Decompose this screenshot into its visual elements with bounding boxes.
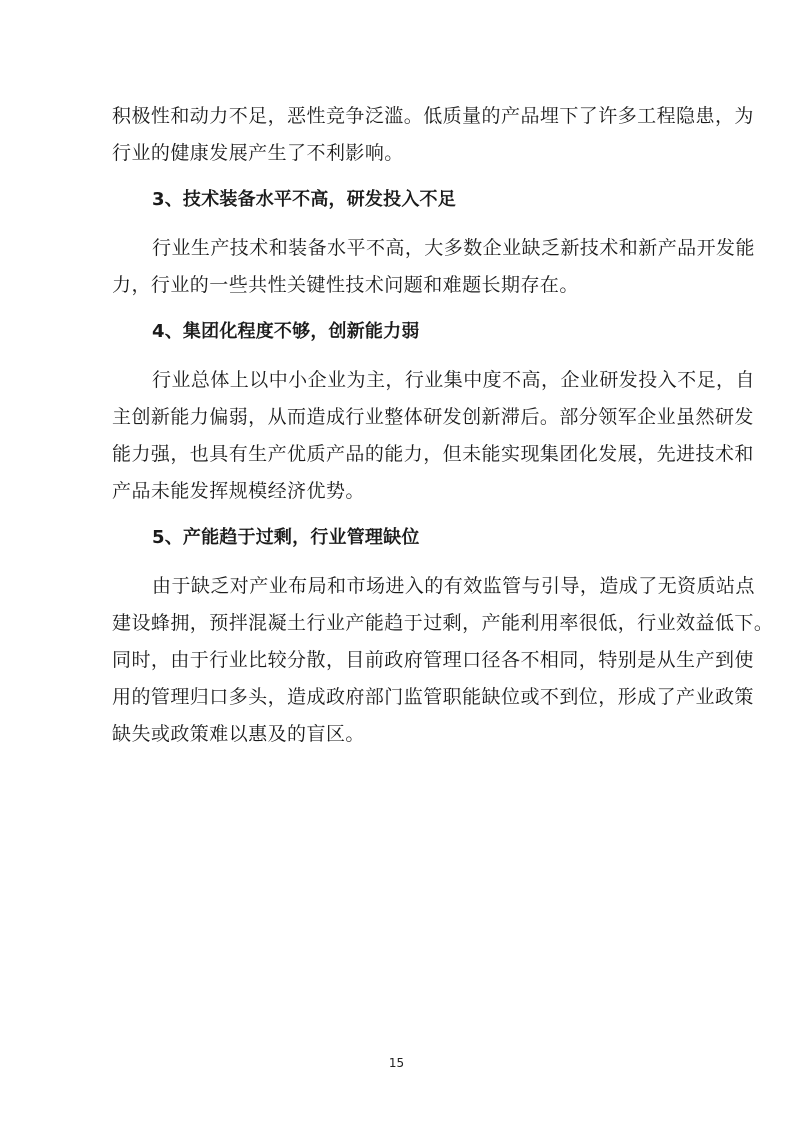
document-page: 积极性和动力不足，恶性竞争泛滥。低质量的产品埋下了许多工程隐患，为 行业的健康发… [0,0,793,1122]
paragraph-continuation: 积极性和动力不足，恶性竞争泛滥。低质量的产品埋下了许多工程隐患，为 行业的健康发… [112,98,728,172]
text-line: 由于缺乏对产业布局和市场进入的有效监管与引导，造成了无资质站点 [112,568,728,605]
paragraph-technology: 行业生产技术和装备水平不高，大多数企业缺乏新技术和新产品开发能 力，行业的一些共… [112,230,728,304]
paragraph-capacity: 由于缺乏对产业布局和市场进入的有效监管与引导，造成了无资质站点 建设蜂拥，预拌混… [112,568,728,753]
text-line: 主创新能力偏弱，从而造成行业整体研发创新滞后。部分领军企业虽然研发 [112,399,728,436]
text-line: 行业的健康发展产生了不利影响。 [112,135,728,172]
text-line: 行业总体上以中小企业为主，行业集中度不高，企业研发投入不足，自 [112,362,728,399]
page-number: 15 [0,1056,793,1070]
text-line: 用的管理归口多头，造成政府部门监管职能缺位或不到位，形成了产业政策 [112,679,728,716]
text-line: 行业生产技术和装备水平不高，大多数企业缺乏新技术和新产品开发能 [112,230,728,267]
text-line: 建设蜂拥，预拌混凝土行业产能趋于过剩，产能利用率很低，行业效益低下。 [112,605,728,642]
text-line: 力，行业的一些共性关键性技术问题和难题长期存在。 [112,267,728,304]
section-heading-5: 5、产能趋于过剩，行业管理缺位 [112,519,728,556]
text-line: 产品未能发挥规模经济优势。 [112,473,728,510]
text-line: 同时，由于行业比较分散，目前政府管理口径各不相同，特别是从生产到使 [112,642,728,679]
text-line: 能力强，也具有生产优质产品的能力，但未能实现集团化发展，先进技术和 [112,436,728,473]
page-content: 积极性和动力不足，恶性竞争泛滥。低质量的产品埋下了许多工程隐患，为 行业的健康发… [112,98,728,753]
text-line: 积极性和动力不足，恶性竞争泛滥。低质量的产品埋下了许多工程隐患，为 [112,98,728,135]
paragraph-innovation: 行业总体上以中小企业为主，行业集中度不高，企业研发投入不足，自 主创新能力偏弱，… [112,362,728,510]
section-heading-3: 3、技术装备水平不高，研发投入不足 [112,181,728,218]
text-line: 缺失或政策难以惠及的盲区。 [112,716,728,753]
section-heading-4: 4、集团化程度不够，创新能力弱 [112,313,728,350]
